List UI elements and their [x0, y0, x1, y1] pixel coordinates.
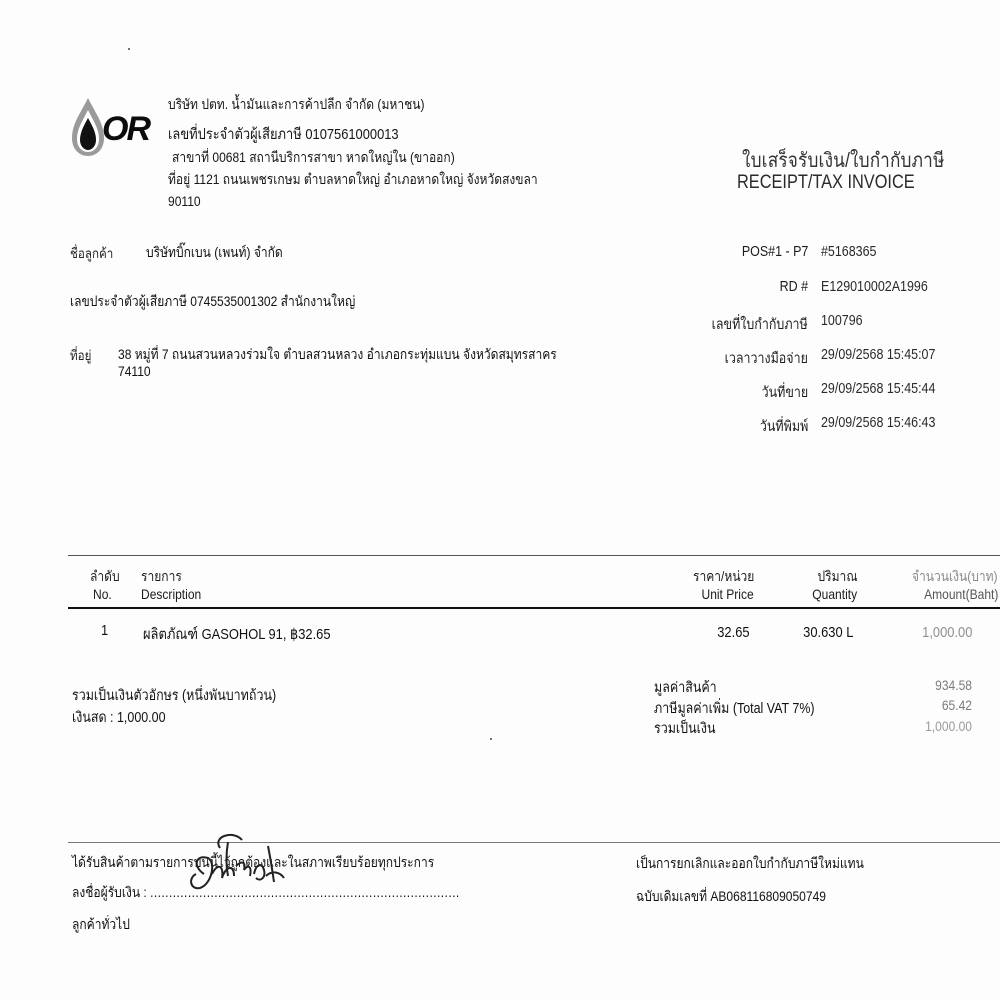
customer-address-line2: 74110	[118, 363, 151, 379]
handwritten-signature-icon	[182, 826, 292, 896]
company-postcode: 90110	[168, 192, 201, 210]
replacement-note: เป็นการยกเลิกและออกใบกำกับภาษีใหม่แทน	[636, 853, 864, 875]
meta-label-rd: RD #	[780, 279, 808, 295]
customer-name-label: ชื่อลูกค้า	[70, 242, 113, 264]
header-desc-en: Description	[141, 586, 201, 602]
table-top-rule	[68, 555, 1000, 556]
logo-text: OR	[102, 110, 149, 149]
header-amount-en: Amount(Baht)	[924, 586, 998, 602]
meta-label-print-date: วันที่พิมพ์	[760, 415, 808, 438]
meta-value-rd: E129010002A1996	[821, 279, 928, 295]
customer-address-label: ที่อยู่	[70, 344, 91, 366]
meta-value-tax-invoice-no: 100796	[821, 313, 863, 329]
meta-label-handover-time: เวลาวางมือจ่าย	[725, 347, 808, 370]
company-logo: OR	[70, 96, 162, 158]
row-amount: 1,000.00	[922, 624, 972, 641]
meta-value-sale-date: 29/09/2568 15:45:44	[821, 381, 935, 397]
header-price-en: Unit Price	[702, 586, 754, 602]
total-in-words: รวมเป็นเงินตัวอักษร (หนึ่งพันบาทถ้วน)	[72, 684, 276, 707]
company-name: บริษัท ปตท. น้ำมันและการค้าปลีก จำกัด (ม…	[168, 95, 424, 113]
header-qty-en: Quantity	[812, 586, 857, 602]
row-unit-price: 32.65	[718, 624, 750, 641]
subtotal-label: มูลค่าสินค้า	[654, 676, 717, 699]
meta-value-print-date: 29/09/2568 15:46:43	[821, 415, 935, 431]
signature-label-text: ลงชื่อผู้รับเงิน :	[72, 884, 150, 900]
header-no-en: No.	[93, 586, 112, 602]
customer-tax-id: เลขประจำตัวผู้เสียภาษี 0745535001302 สำน…	[70, 291, 355, 313]
meta-label-pos: POS#1 - P7	[741, 244, 808, 260]
meta-label-sale-date: วันที่ขาย	[761, 381, 808, 404]
company-branch: สาขาที่ 00681 สถานีบริการสาขา หาดใหญ่ใน …	[172, 148, 455, 166]
row-no: 1	[101, 622, 108, 639]
customer-name: บริษัทบิ๊กเบน (เพนท์) จำกัด	[146, 242, 283, 264]
grand-total-value: 1,000.00	[869, 718, 972, 734]
header-desc-th: รายการ	[141, 566, 182, 588]
header-qty-th: ปริมาณ	[817, 566, 857, 588]
vat-value: 65.42	[869, 697, 972, 713]
subtotal-value: 934.58	[869, 677, 972, 693]
original-invoice-number: ฉบับเดิมเลขที่ AB068116809050749	[636, 886, 826, 908]
header-price-th: ราคา/หน่วย	[693, 566, 754, 588]
table-header-rule	[68, 607, 1000, 609]
scan-speck	[128, 48, 130, 50]
cash-amount: เงินสด : 1,000.00	[72, 706, 166, 729]
meta-value-pos: #5168365	[821, 244, 876, 260]
oil-drop-flame-icon	[70, 96, 106, 158]
company-tax-id: เลขที่ประจำตัวผู้เสียภาษี 0107561000013	[168, 126, 399, 144]
document-title-english: RECEIPT/TAX INVOICE	[737, 172, 915, 194]
grand-total-label: รวมเป็นเงิน	[654, 717, 716, 740]
meta-label-tax-invoice-no: เลขที่ใบกำกับภาษี	[712, 313, 808, 336]
customer-address-line1: 38 หมู่ที่ 7 ถนนสวนหลวงร่วมใจ ตำบลสวนหลว…	[118, 344, 557, 366]
header-no-th: ลำดับ	[90, 566, 120, 588]
scan-speck	[490, 738, 492, 740]
customer-type: ลูกค้าทั่วไป	[72, 914, 130, 936]
header-amount-th: จำนวนเงิน(บาท)	[912, 566, 998, 588]
meta-value-handover-time: 29/09/2568 15:45:07	[821, 347, 935, 363]
row-quantity: 30.630 L	[803, 624, 853, 641]
company-address: ที่อยู่ 1121 ถนนเพชรเกษม ตำบลหาดใหญ่ อำเ…	[168, 170, 538, 188]
row-description: ผลิตภัณฑ์ GASOHOL 91, ฿32.65	[143, 622, 331, 646]
